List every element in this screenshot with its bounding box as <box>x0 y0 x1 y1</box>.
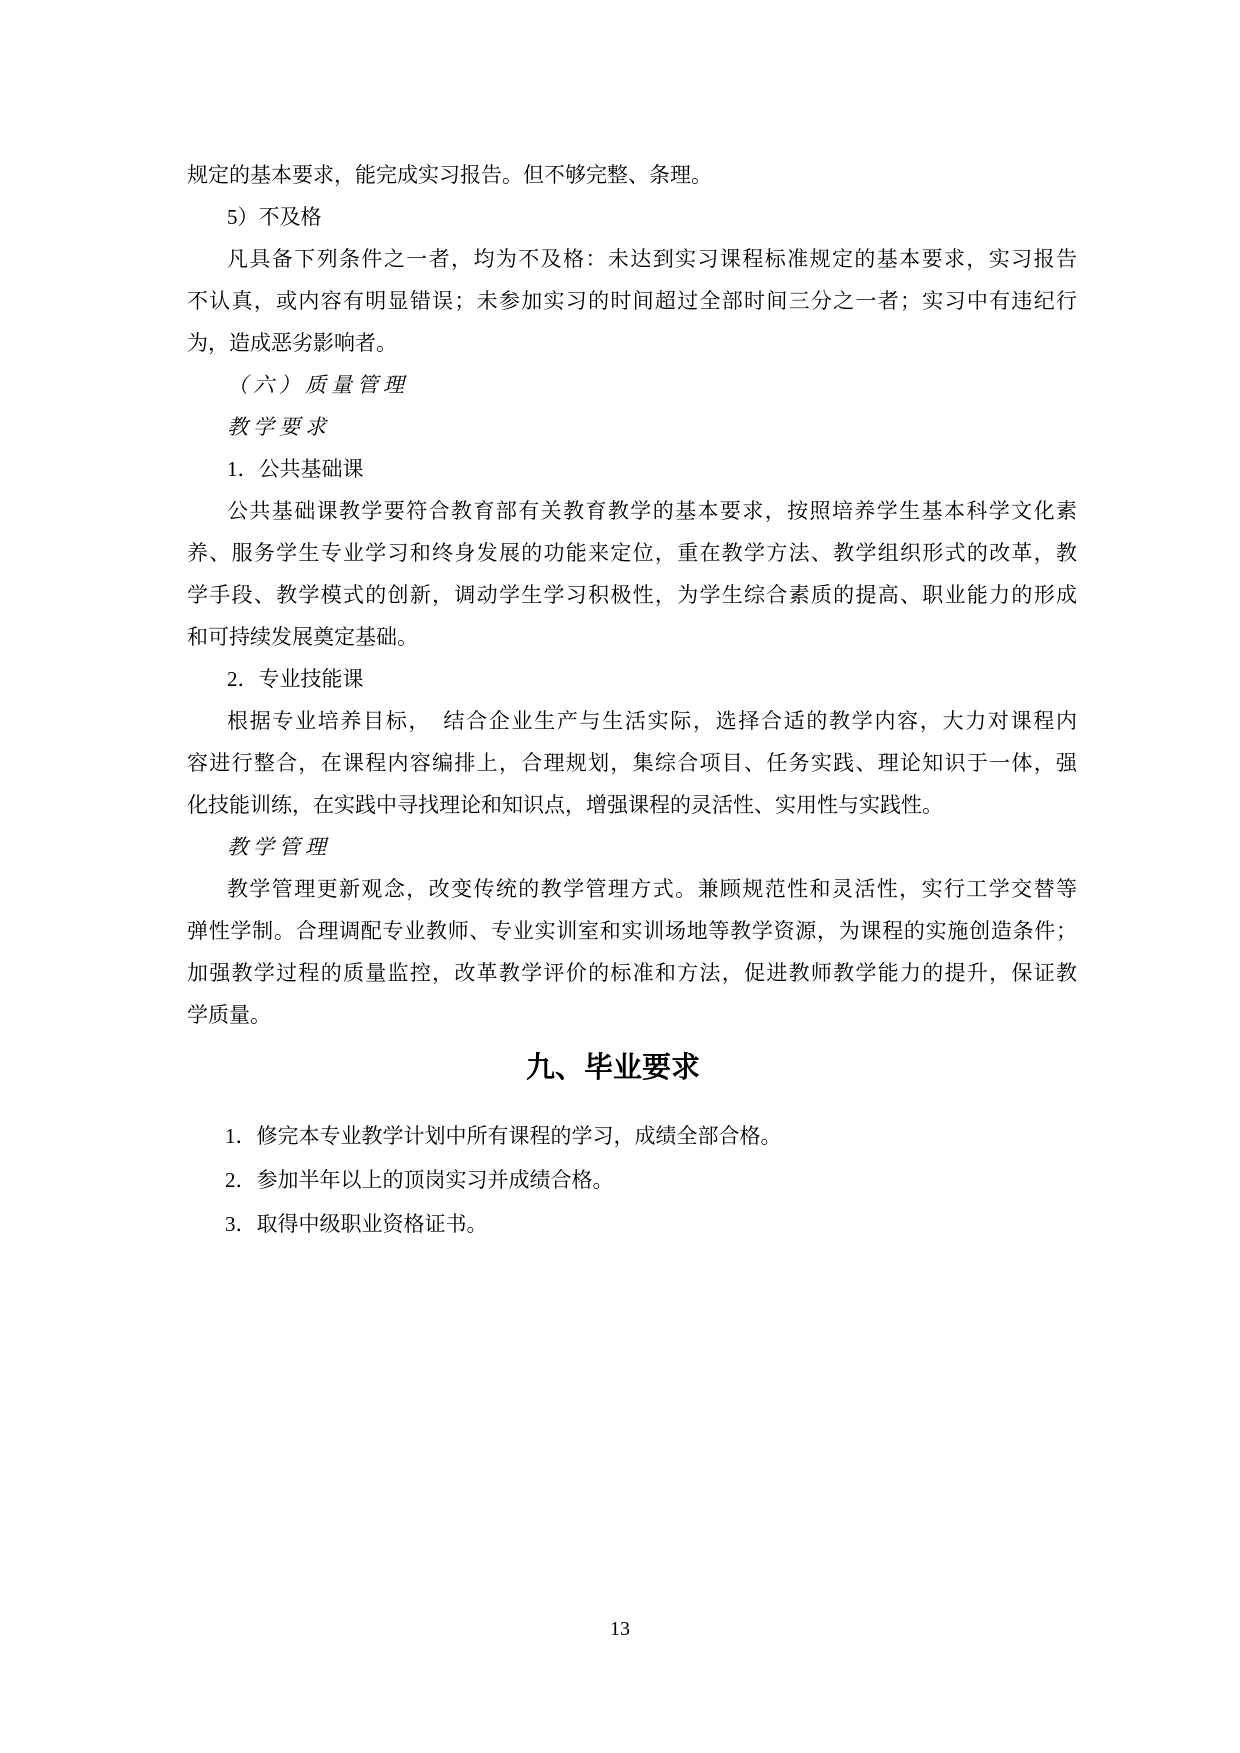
paragraph-line: 不认真，或内容有明显错误；未参加实习的时间超过全部时间三分之一者；实习中有违纪行 <box>187 280 1077 322</box>
grade-level-subheading: 5）不及格 <box>187 196 1077 238</box>
numbered-subheading: 2．专业技能课 <box>187 658 1077 700</box>
list-item: 2．参加半年以上的顶岗实习并成绩合格。 <box>187 1158 1077 1202</box>
paragraph-line: 学质量。 <box>187 994 1077 1036</box>
list-item: 1．修完本专业教学计划中所有课程的学习，成绩全部合格。 <box>187 1114 1077 1158</box>
subheading-teaching-mgmt: 教学管理 <box>187 826 1077 868</box>
paragraph-line: 学手段、教学模式的创新，调动学生学习积极性，为学生综合素质的提高、职业能力的形成 <box>187 574 1077 616</box>
paragraph-line: 加强教学过程的质量监控，改革教学评价的标准和方法，促进教师教学能力的提升，保证教 <box>187 952 1077 994</box>
section-heading-quality: （六）质量管理 <box>187 364 1077 406</box>
paragraph-line: 容进行整合，在课程内容编排上，合理规划，集综合项目、任务实践、理论知识于一体，强 <box>187 742 1077 784</box>
page-number: 13 <box>0 1618 1240 1641</box>
paragraph-line: 为，造成恶劣影响者。 <box>187 322 1077 364</box>
paragraph-line: 弹性学制。合理调配专业教师、专业实训室和实训场地等教学资源，为课程的实施创造条件… <box>187 910 1077 952</box>
paragraph-line: 根据专业培养目标， 结合企业生产与生活实际，选择合适的教学内容，大力对课程内 <box>187 700 1077 742</box>
document-body: 规定的基本要求，能完成实习报告。但不够完整、条理。 5）不及格 凡具备下列条件之… <box>187 154 1077 1246</box>
paragraph-line: 化技能训练，在实践中寻找理论和知识点，增强课程的灵活性、实用性与实践性。 <box>187 784 1077 826</box>
subheading-teaching-req: 教学要求 <box>187 406 1077 448</box>
paragraph-line: 规定的基本要求，能完成实习报告。但不够完整、条理。 <box>187 154 1077 196</box>
paragraph-line: 教学管理更新观念，改变传统的教学管理方式。兼顾规范性和灵活性，实行工学交替等 <box>187 868 1077 910</box>
paragraph-line: 凡具备下列条件之一者，均为不及格：未达到实习课程标准规定的基本要求，实习报告 <box>187 238 1077 280</box>
paragraph-line: 公共基础课教学要符合教育部有关教育教学的基本要求，按照培养学生基本科学文化素 <box>187 490 1077 532</box>
chapter-heading-graduation-requirements: 九、毕业要求 <box>173 1038 1039 1098</box>
graduation-requirements-list: 1．修完本专业教学计划中所有课程的学习，成绩全部合格。 2．参加半年以上的顶岗实… <box>187 1114 1077 1246</box>
document-page: 规定的基本要求，能完成实习报告。但不够完整、条理。 5）不及格 凡具备下列条件之… <box>0 0 1240 1753</box>
numbered-subheading: 1．公共基础课 <box>187 448 1077 490</box>
list-item: 3．取得中级职业资格证书。 <box>187 1202 1077 1246</box>
paragraph-line: 养、服务学生专业学习和终身发展的功能来定位，重在教学方法、教学组织形式的改革，教 <box>187 532 1077 574</box>
paragraph-line: 和可持续发展奠定基础。 <box>187 616 1077 658</box>
